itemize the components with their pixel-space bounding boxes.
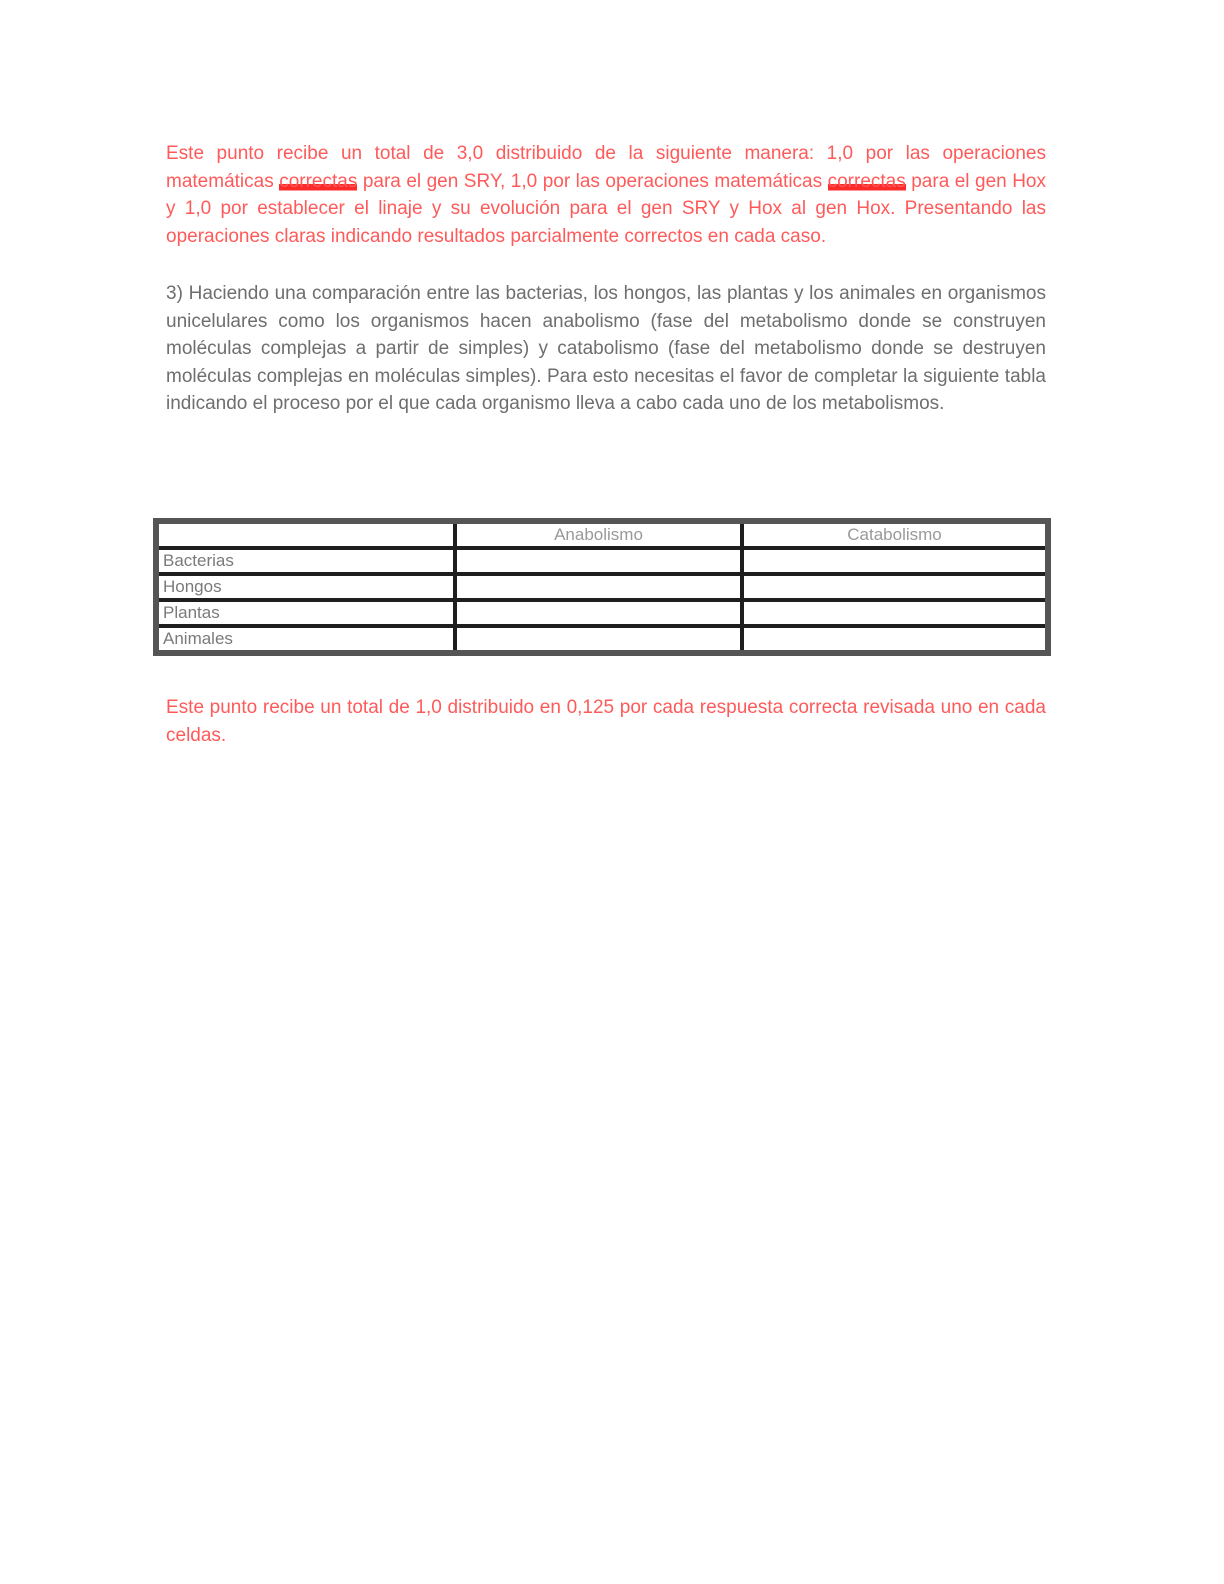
table-header-row: Anabolismo Catabolismo [156, 521, 1048, 548]
answer-cell[interactable] [742, 574, 1048, 600]
table-header-cell: Catabolismo [742, 521, 1048, 548]
criteria-text: para el gen SRY, 1,0 por las operaciones… [363, 171, 822, 192]
answer-cell[interactable] [455, 574, 742, 600]
answer-cell[interactable] [455, 548, 742, 574]
table-header-cell [156, 521, 455, 548]
answer-cell[interactable] [742, 548, 1048, 574]
metabolism-table: Anabolismo Catabolismo Bacterias Hongos … [153, 518, 1051, 656]
row-label: Plantas [156, 600, 455, 626]
highlighted-term: correctas [828, 171, 906, 192]
table-row: Bacterias [156, 548, 1048, 574]
answer-cell[interactable] [742, 626, 1048, 653]
answer-cell[interactable] [742, 600, 1048, 626]
question-paragraph: 3) Haciendo una comparación entre las ba… [166, 280, 1046, 418]
row-label: Animales [156, 626, 455, 653]
answer-cell[interactable] [455, 626, 742, 653]
table-row: Animales [156, 626, 1048, 653]
table-header-cell: Anabolismo [455, 521, 742, 548]
grading-note: Este punto recibe un total de 1,0 distri… [166, 694, 1046, 749]
highlighted-term: correctas [279, 171, 357, 192]
table-row: Hongos [156, 574, 1048, 600]
row-label: Hongos [156, 574, 455, 600]
row-label: Bacterias [156, 548, 455, 574]
document-page: Este punto recibe un total de 3,0 distri… [166, 140, 1046, 418]
answer-cell[interactable] [455, 600, 742, 626]
table-row: Plantas [156, 600, 1048, 626]
grading-criteria-paragraph: Este punto recibe un total de 3,0 distri… [166, 140, 1046, 250]
